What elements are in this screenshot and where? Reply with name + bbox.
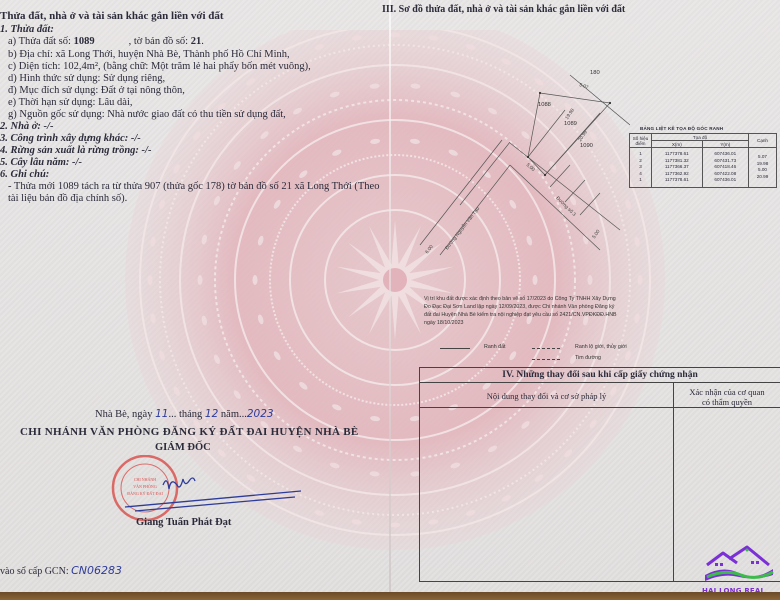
legend-road-boundary: Ranh lộ giới, thủy giới xyxy=(575,344,627,352)
month-handwritten: 12 xyxy=(205,408,218,420)
col-y: Y(m) xyxy=(702,141,748,148)
y-cells: 607436.01607431.73607418.46607422.086074… xyxy=(702,148,748,188)
issuing-office: CHI NHÁNH VĂN PHÒNG ĐĂNG KÝ ĐẤT ĐAI HUYỆ… xyxy=(20,426,359,439)
col-x: X(m) xyxy=(652,141,703,148)
col-coord: Tọa độ xyxy=(652,134,749,141)
parcel-label-1090: 1090 xyxy=(580,143,593,149)
page-fold xyxy=(389,0,391,592)
svg-text:VĂN PHÒNG: VĂN PHÒNG xyxy=(133,484,157,489)
coord-cell: 607436.01 xyxy=(704,177,747,184)
registry-number-handwritten: CN06283 xyxy=(71,564,122,577)
changes-table-title: IV. Những thay đổi sau khi cấp giấy chứn… xyxy=(420,368,780,383)
place-date-line: Nhà Bè, ngày 11... tháng 12 năm...2023 xyxy=(95,408,274,421)
note-line-2: tài liệu bản đồ địa chính số). xyxy=(8,192,127,205)
land-certificate-page: Thửa đất, nhà ở và tài sản khác gắn liền… xyxy=(0,0,780,592)
survey-note-2: Đo Đạc Đại Sơn Land lập ngày 12/09/2023,… xyxy=(424,304,614,312)
coord-cell: 1 xyxy=(631,177,650,184)
legend-road-center-line xyxy=(532,359,560,360)
wooden-surface xyxy=(0,592,780,600)
survey-note-4: ngày 18/10/2023 xyxy=(424,320,463,328)
official-stamp-and-signature: CHI NHÁNH VĂN PHÒNG ĐĂNG KÝ ĐẤT ĐAI xyxy=(105,455,305,525)
col-point: Số hiệu điểm xyxy=(630,134,652,148)
parcel-label-180: 180 xyxy=(590,70,600,76)
legend-road-boundary-line xyxy=(532,348,560,349)
section3-map-title: III. Sơ đồ thửa đất, nhà ở và tài sản kh… xyxy=(382,3,625,16)
survey-note-1: Vị trí khu đất được xác định theo bản vẽ… xyxy=(424,296,616,304)
coord-cell: 1177378.61 xyxy=(653,177,701,184)
legend-road-center: Tim đường xyxy=(575,355,601,363)
x-cells: 1177378.611177381.321177366.371177362.92… xyxy=(652,148,703,188)
left-heading: Thửa đất, nhà ở và tài sản khác gắn liền… xyxy=(0,10,224,23)
legend-parcel-boundary: Ranh đất xyxy=(484,344,506,352)
svg-text:ĐĂNG KÝ ĐẤT ĐAI: ĐĂNG KÝ ĐẤT ĐAI xyxy=(127,491,163,496)
map-sheet-number: 21 xyxy=(191,36,202,47)
svg-text:CHI NHÁNH: CHI NHÁNH xyxy=(134,477,156,482)
director-title: GIÁM ĐỐC xyxy=(155,441,211,454)
changes-col-content: Nội dung thay đổi và cơ sở pháp lý xyxy=(420,383,673,408)
parcel-map xyxy=(410,65,630,275)
signer-name: Giang Tuấn Phát Đạt xyxy=(136,516,231,529)
parcel-label-1089: 1089 xyxy=(564,121,577,127)
year-handwritten: 2023 xyxy=(247,408,274,420)
hai-long-real-logo-icon xyxy=(703,545,775,589)
parcel-label-1088: 1088 xyxy=(538,102,551,108)
coords-table: Số hiệu điểm Tọa độ Cạnh X(m) Y(m) 12341… xyxy=(629,133,777,188)
parcel-number: 1089 xyxy=(74,36,95,47)
coords-table-title: BẢNG LIỆT KÊ TỌA ĐỘ GÓC RANH xyxy=(640,126,723,131)
point-cells: 12341 xyxy=(630,148,652,188)
survey-note-3: đất đai Huyện Nhà Bè kiểm tra nội nghiệp… xyxy=(424,312,617,320)
parcel-number-line: a) Thửa đất số: 1089, tờ bản đồ số: 21. xyxy=(8,35,204,48)
changes-col-confirmation: Xác nhận của cơ quan có thẩm quyền xyxy=(674,383,780,408)
legend-parcel-line xyxy=(440,348,470,349)
day-handwritten: 11 xyxy=(155,408,168,420)
registry-line: vào sổ cấp GCN: CN06283 xyxy=(0,564,122,578)
edge-cells: 5.0719.985.0020.99 xyxy=(749,148,777,188)
col-edge: Cạnh xyxy=(749,134,777,148)
coord-cell: 20.99 xyxy=(750,174,775,181)
